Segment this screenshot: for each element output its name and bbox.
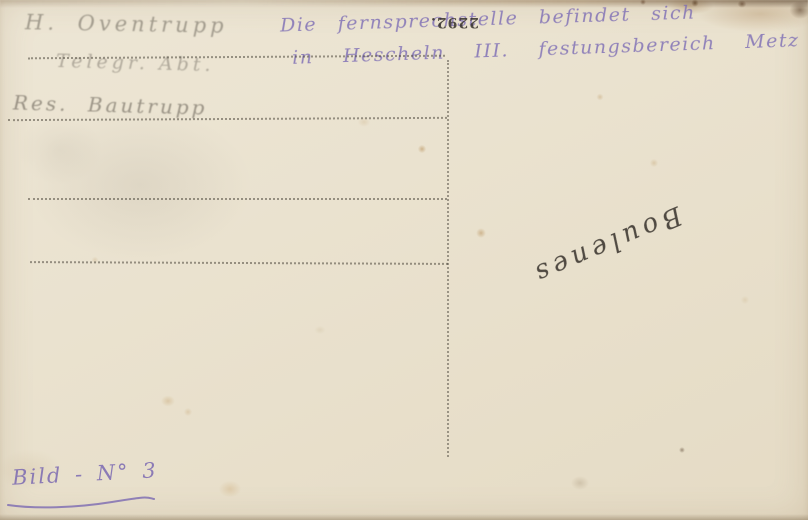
control-number-text: 2292.	[430, 14, 479, 30]
place-inscription: Boulenes	[491, 190, 721, 300]
control-number-stamp: 2292.	[429, 11, 479, 33]
pencil-sender-line-1: H. Oventrupp	[25, 10, 228, 38]
ink-message-line-1: Die fernsprechstelle befindet sich	[280, 1, 696, 36]
ink-underline-flourish	[0, 494, 320, 510]
address-rule-4	[30, 261, 448, 265]
paper-texture-stains	[0, 0, 808, 520]
place-inscription-text: Boulenes	[526, 200, 686, 290]
postcard-back: H. Oventrupp Telegr. Abt. Res. Bautrupp …	[0, 0, 808, 520]
pencil-sender-line-2: Telegr. Abt.	[56, 50, 215, 76]
address-rule-3	[28, 198, 447, 200]
address-rule-2	[8, 117, 447, 121]
photo-number-label: Bild - N° 3	[11, 458, 158, 490]
bottom-edge-shadow	[0, 514, 808, 520]
ink-message-line-2: in Hescheln III. festungsbereich Metz	[292, 29, 800, 69]
pencil-sender-line-3: Res. Bautrupp	[13, 90, 208, 119]
center-divider-line	[447, 60, 449, 457]
